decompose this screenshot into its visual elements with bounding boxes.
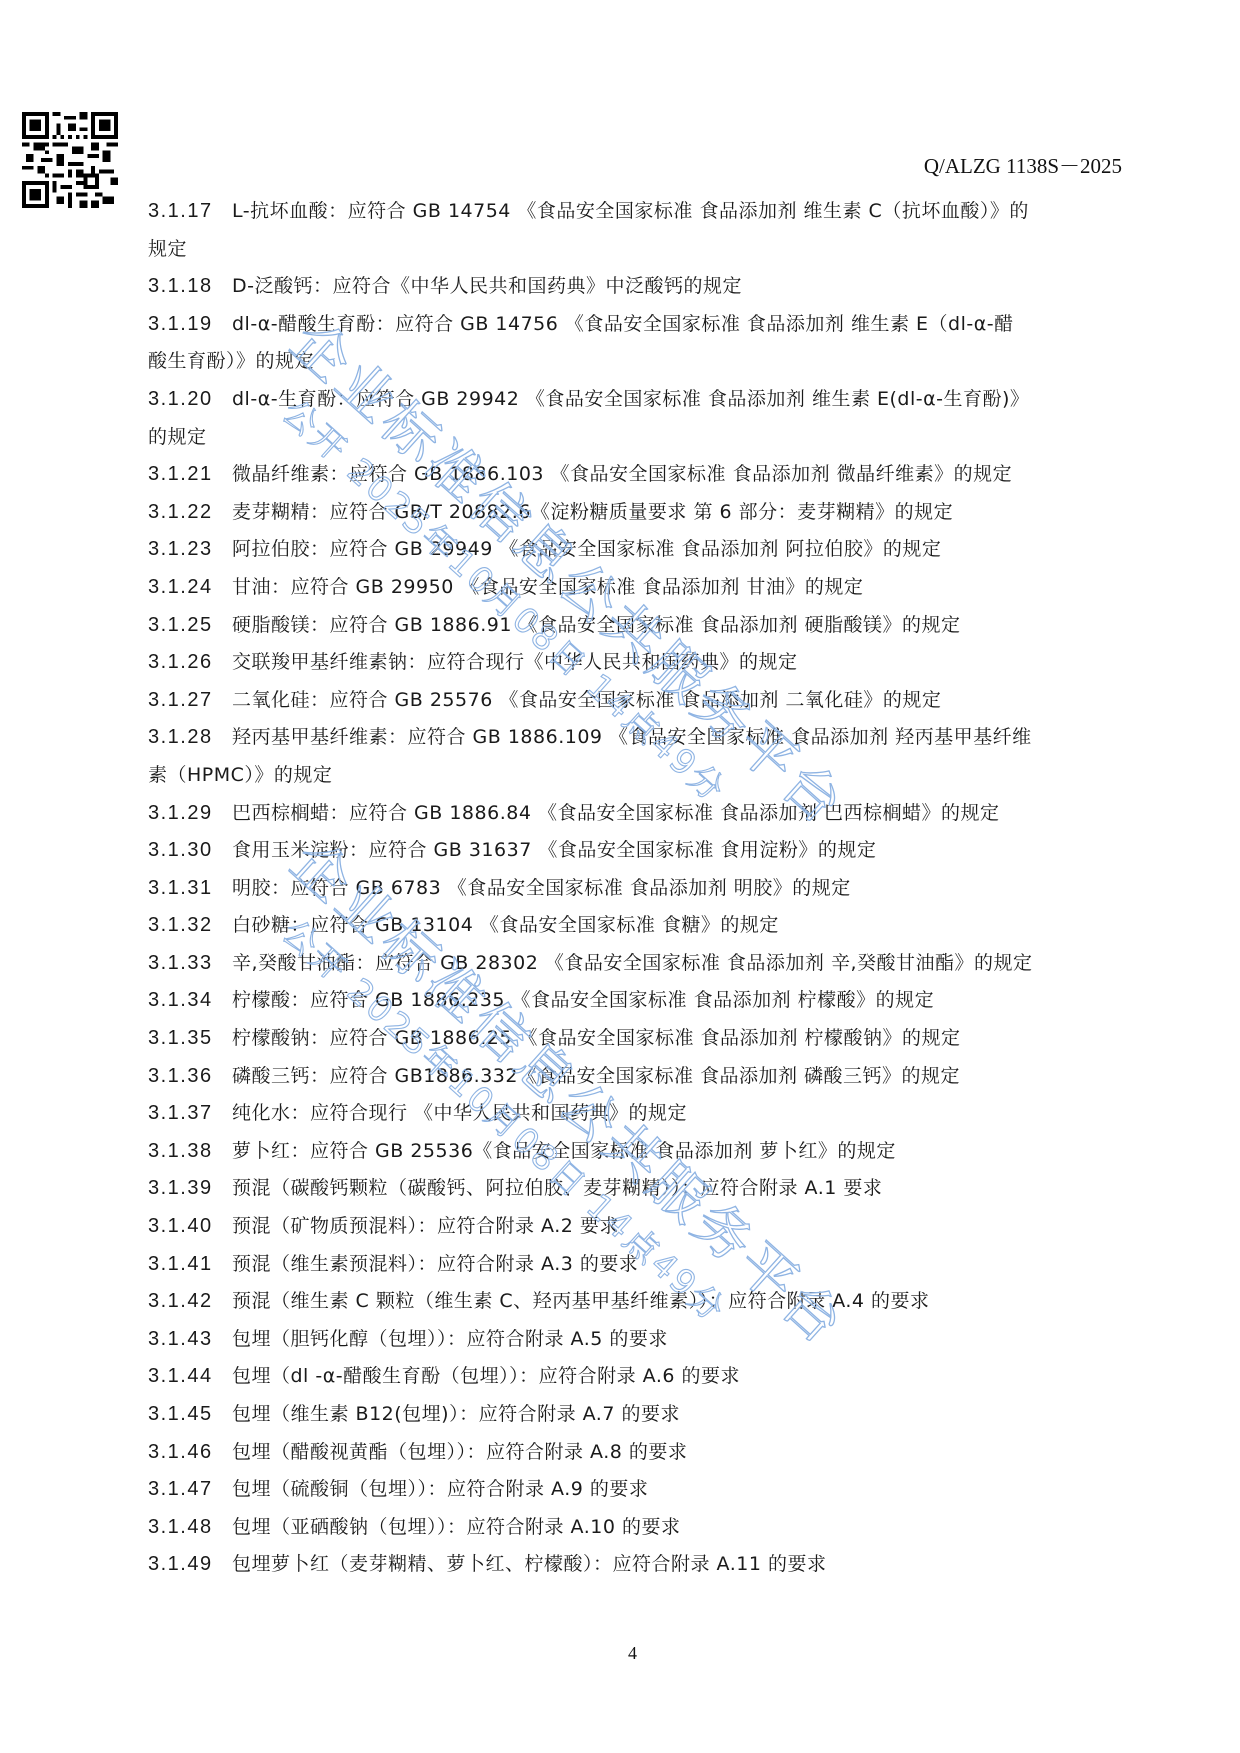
- item-number: 3.1.17: [148, 193, 232, 231]
- list-item: 3.1.39预混（碳酸钙颗粒（碳酸钙、阿拉伯胶、麦芽糊精））：应符合附录 A.1…: [148, 1170, 1128, 1208]
- item-text: 包埋（dl -α-醋酸生育酚（包埋））：应符合附录 A.6 的要求: [232, 1365, 740, 1387]
- list-item: 3.1.33辛,癸酸甘油酯：应符合 GB 28302 《食品安全国家标准 食品添…: [148, 945, 1128, 983]
- item-text: 二氧化硅：应符合 GB 25576 《食品安全国家标准 食品添加剂 二氧化硅》的…: [232, 689, 941, 711]
- list-item: 3.1.26交联羧甲基纤维素钠：应符合现行《中华人民共和国药典》的规定: [148, 644, 1128, 682]
- item-text: 交联羧甲基纤维素钠：应符合现行《中华人民共和国药典》的规定: [232, 651, 798, 673]
- item-text: 包埋（胆钙化醇（包埋））：应符合附录 A.5 的要求: [232, 1328, 668, 1350]
- list-item-continuation: 素（HPMC）》的规定: [148, 757, 1128, 795]
- list-item-continuation: 的规定: [148, 419, 1128, 457]
- item-number: 3.1.30: [148, 832, 232, 870]
- list-item: 3.1.30食用玉米淀粉：应符合 GB 31637 《食品安全国家标准 食用淀粉…: [148, 832, 1128, 870]
- item-number: 3.1.36: [148, 1058, 232, 1096]
- item-number: 3.1.21: [148, 456, 232, 494]
- item-number: 3.1.20: [148, 381, 232, 419]
- standard-code: Q/ALZG 1138S－2025: [924, 150, 1122, 180]
- item-text: 纯化水：应符合现行 《中华人民共和国药典》的规定: [232, 1102, 687, 1124]
- list-item: 3.1.43包埋（胆钙化醇（包埋））：应符合附录 A.5 的要求: [148, 1321, 1128, 1359]
- list-item: 3.1.48包埋（亚硒酸钠（包埋））：应符合附录 A.10 的要求: [148, 1509, 1128, 1547]
- item-text-continuation: 酸生育酚）》的规定: [148, 350, 314, 372]
- list-item-continuation: 规定: [148, 231, 1128, 269]
- item-number: 3.1.47: [148, 1471, 232, 1509]
- item-text: 包埋（维生素 B12(包埋)）：应符合附录 A.7 的要求: [232, 1403, 680, 1425]
- item-text-continuation: 规定: [148, 238, 187, 260]
- list-item: 3.1.32白砂糖：应符合 GB 13104 《食品安全国家标准 食糖》的规定: [148, 907, 1128, 945]
- item-text-continuation: 的规定: [148, 426, 207, 448]
- list-item: 3.1.28羟丙基甲基纤维素：应符合 GB 1886.109 《食品安全国家标准…: [148, 719, 1128, 757]
- list-item: 3.1.29巴西棕榈蜡：应符合 GB 1886.84 《食品安全国家标准 食品添…: [148, 795, 1128, 833]
- item-text: 麦芽糊精：应符合 GB/T 20882.6《淀粉糖质量要求 第 6 部分：麦芽糊…: [232, 501, 953, 523]
- list-item: 3.1.35柠檬酸钠：应符合 GB 1886.25 《食品安全国家标准 食品添加…: [148, 1020, 1128, 1058]
- list-item: 3.1.41预混（维生素预混料）：应符合附录 A.3 的要求: [148, 1246, 1128, 1284]
- list-item: 3.1.46包埋（醋酸视黄酯（包埋））：应符合附录 A.8 的要求: [148, 1434, 1128, 1472]
- item-text: 预混（碳酸钙颗粒（碳酸钙、阿拉伯胶、麦芽糊精））：应符合附录 A.1 要求: [232, 1177, 882, 1199]
- item-text: L-抗坏血酸：应符合 GB 14754 《食品安全国家标准 食品添加剂 维生素 …: [232, 200, 1029, 222]
- item-text: 白砂糖：应符合 GB 13104 《食品安全国家标准 食糖》的规定: [232, 914, 779, 936]
- item-text: D-泛酸钙：应符合《中华人民共和国药典》中泛酸钙的规定: [232, 275, 742, 297]
- item-text: 包埋（醋酸视黄酯（包埋））：应符合附录 A.8 的要求: [232, 1441, 687, 1463]
- item-number: 3.1.28: [148, 719, 232, 757]
- list-item: 3.1.40预混（矿物质预混料）：应符合附录 A.2 要求: [148, 1208, 1128, 1246]
- item-number: 3.1.25: [148, 607, 232, 645]
- item-number: 3.1.37: [148, 1095, 232, 1133]
- item-text: dl-α-醋酸生育酚：应符合 GB 14756 《食品安全国家标准 食品添加剂 …: [232, 313, 1014, 335]
- item-text: 食用玉米淀粉：应符合 GB 31637 《食品安全国家标准 食用淀粉》的规定: [232, 839, 876, 861]
- item-number: 3.1.39: [148, 1170, 232, 1208]
- item-number: 3.1.22: [148, 494, 232, 532]
- page-number: 4: [628, 1643, 637, 1664]
- list-item: 3.1.37纯化水：应符合现行 《中华人民共和国药典》的规定: [148, 1095, 1128, 1133]
- list-item: 3.1.25硬脂酸镁：应符合 GB 1886.91 《食品安全国家标准 食品添加…: [148, 607, 1128, 645]
- item-text: 柠檬酸：应符合 GB 1886.235 《食品安全国家标准 食品添加剂 柠檬酸》…: [232, 989, 934, 1011]
- list-item: 3.1.44包埋（dl -α-醋酸生育酚（包埋））：应符合附录 A.6 的要求: [148, 1358, 1128, 1396]
- list-item: 3.1.27二氧化硅：应符合 GB 25576 《食品安全国家标准 食品添加剂 …: [148, 682, 1128, 720]
- item-number: 3.1.34: [148, 982, 232, 1020]
- item-text: 包埋（硫酸铜（包埋））：应符合附录 A.9 的要求: [232, 1478, 648, 1500]
- list-item: 3.1.31明胶：应符合 GB 6783 《食品安全国家标准 食品添加剂 明胶》…: [148, 870, 1128, 908]
- item-number: 3.1.26: [148, 644, 232, 682]
- item-text: 磷酸三钙：应符合 GB1886.332《食品安全国家标准 食品添加剂 磷酸三钙》…: [232, 1065, 960, 1087]
- item-number: 3.1.35: [148, 1020, 232, 1058]
- item-text-continuation: 素（HPMC）》的规定: [148, 764, 332, 786]
- list-item: 3.1.45包埋（维生素 B12(包埋)）：应符合附录 A.7 的要求: [148, 1396, 1128, 1434]
- list-item: 3.1.21微晶纤维素：应符合 GB 1886.103 《食品安全国家标准 食品…: [148, 456, 1128, 494]
- item-number: 3.1.42: [148, 1283, 232, 1321]
- item-number: 3.1.29: [148, 795, 232, 833]
- item-number: 3.1.44: [148, 1358, 232, 1396]
- item-number: 3.1.49: [148, 1546, 232, 1584]
- item-text: 预混（矿物质预混料）：应符合附录 A.2 要求: [232, 1215, 619, 1237]
- document-page: Q/ALZG 1138S－2025 3.1.17L-抗坏血酸：应符合 GB 14…: [0, 0, 1240, 1753]
- list-item: 3.1.20dl-α-生育酚：应符合 GB 29942 《食品安全国家标准 食品…: [148, 381, 1128, 419]
- requirements-list: 3.1.17L-抗坏血酸：应符合 GB 14754 《食品安全国家标准 食品添加…: [148, 193, 1128, 1584]
- item-number: 3.1.31: [148, 870, 232, 908]
- list-item: 3.1.47包埋（硫酸铜（包埋））：应符合附录 A.9 的要求: [148, 1471, 1128, 1509]
- item-number: 3.1.43: [148, 1321, 232, 1359]
- list-item: 3.1.23阿拉伯胶：应符合 GB 29949 《食品安全国家标准 食品添加剂 …: [148, 531, 1128, 569]
- item-text: dl-α-生育酚：应符合 GB 29942 《食品安全国家标准 食品添加剂 维生…: [232, 388, 1029, 410]
- item-number: 3.1.18: [148, 268, 232, 306]
- item-text: 阿拉伯胶：应符合 GB 29949 《食品安全国家标准 食品添加剂 阿拉伯胶》的…: [232, 538, 941, 560]
- item-number: 3.1.24: [148, 569, 232, 607]
- list-item: 3.1.34柠檬酸：应符合 GB 1886.235 《食品安全国家标准 食品添加…: [148, 982, 1128, 1020]
- item-number: 3.1.41: [148, 1246, 232, 1284]
- item-text: 柠檬酸钠：应符合 GB 1886.25 《食品安全国家标准 食品添加剂 柠檬酸钠…: [232, 1027, 961, 1049]
- item-number: 3.1.40: [148, 1208, 232, 1246]
- list-item: 3.1.38萝卜红：应符合 GB 25536《食品安全国家标准 食品添加剂 萝卜…: [148, 1133, 1128, 1171]
- item-text: 硬脂酸镁：应符合 GB 1886.91 《食品安全国家标准 食品添加剂 硬脂酸镁…: [232, 614, 961, 636]
- item-number: 3.1.32: [148, 907, 232, 945]
- item-number: 3.1.33: [148, 945, 232, 983]
- item-text: 预混（维生素预混料）：应符合附录 A.3 的要求: [232, 1253, 638, 1275]
- item-number: 3.1.46: [148, 1434, 232, 1472]
- list-item: 3.1.22麦芽糊精：应符合 GB/T 20882.6《淀粉糖质量要求 第 6 …: [148, 494, 1128, 532]
- list-item: 3.1.49包埋萝卜红（麦芽糊精、萝卜红、柠檬酸）：应符合附录 A.11 的要求: [148, 1546, 1128, 1584]
- list-item: 3.1.18D-泛酸钙：应符合《中华人民共和国药典》中泛酸钙的规定: [148, 268, 1128, 306]
- item-text: 包埋萝卜红（麦芽糊精、萝卜红、柠檬酸）：应符合附录 A.11 的要求: [232, 1553, 826, 1575]
- item-text: 萝卜红：应符合 GB 25536《食品安全国家标准 食品添加剂 萝卜红》的规定: [232, 1140, 896, 1162]
- list-item: 3.1.36磷酸三钙：应符合 GB1886.332《食品安全国家标准 食品添加剂…: [148, 1058, 1128, 1096]
- item-text: 包埋（亚硒酸钠（包埋））：应符合附录 A.10 的要求: [232, 1516, 680, 1538]
- item-text: 辛,癸酸甘油酯：应符合 GB 28302 《食品安全国家标准 食品添加剂 辛,癸…: [232, 952, 1032, 974]
- item-text: 甘油：应符合 GB 29950 《食品安全国家标准 食品添加剂 甘油》的规定: [232, 576, 863, 598]
- list-item: 3.1.17L-抗坏血酸：应符合 GB 14754 《食品安全国家标准 食品添加…: [148, 193, 1128, 231]
- item-number: 3.1.48: [148, 1509, 232, 1547]
- list-item-continuation: 酸生育酚）》的规定: [148, 343, 1128, 381]
- item-text: 羟丙基甲基纤维素：应符合 GB 1886.109 《食品安全国家标准 食品添加剂…: [232, 726, 1032, 748]
- list-item: 3.1.19dl-α-醋酸生育酚：应符合 GB 14756 《食品安全国家标准 …: [148, 306, 1128, 344]
- item-number: 3.1.23: [148, 531, 232, 569]
- item-number: 3.1.38: [148, 1133, 232, 1171]
- list-item: 3.1.42预混（维生素 C 颗粒（维生素 C、羟丙基甲基纤维素））：应符合附录…: [148, 1283, 1128, 1321]
- item-number: 3.1.19: [148, 306, 232, 344]
- qr-code-icon: [22, 112, 118, 208]
- item-number: 3.1.27: [148, 682, 232, 720]
- item-text: 微晶纤维素：应符合 GB 1886.103 《食品安全国家标准 食品添加剂 微晶…: [232, 463, 1012, 485]
- item-text: 明胶：应符合 GB 6783 《食品安全国家标准 食品添加剂 明胶》的规定: [232, 877, 851, 899]
- item-number: 3.1.45: [148, 1396, 232, 1434]
- item-text: 预混（维生素 C 颗粒（维生素 C、羟丙基甲基纤维素））：应符合附录 A.4 的…: [232, 1290, 930, 1312]
- list-item: 3.1.24甘油：应符合 GB 29950 《食品安全国家标准 食品添加剂 甘油…: [148, 569, 1128, 607]
- item-text: 巴西棕榈蜡：应符合 GB 1886.84 《食品安全国家标准 食品添加剂 巴西棕…: [232, 802, 1000, 824]
